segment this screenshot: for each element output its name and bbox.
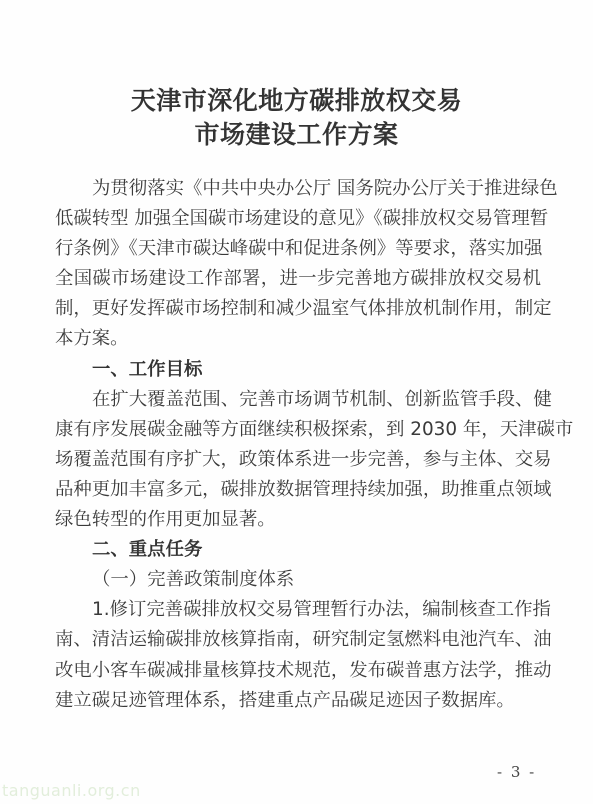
paragraph-line: 场覆盖范围有序扩大，政策体系进一步完善，参与主体、交易 [55, 445, 541, 475]
section-key-tasks: 二、重点任务 （一）完善政策制度体系 1.修订完善碳排放权交易管理暂行办法，编制… [55, 535, 541, 716]
section-heading: 一、工作目标 [55, 355, 541, 385]
paragraph-line: 全国碳市场建设工作部署，进一步完善地方碳排放权交易机 [55, 264, 541, 294]
document-page: 天津市深化地方碳排放权交易 市场建设工作方案 为贯彻落实《中共中央办公厅 国务院… [0, 0, 593, 804]
document-title-line-1: 天津市深化地方碳排放权交易 [0, 81, 593, 117]
paragraph-line: 行条例》《天津市碳达峰碳中和促进条例》等要求，落实加强 [55, 234, 541, 264]
section-work-goals: 一、工作目标 在扩大覆盖范围、完善市场调节机制、创新监管手段、健 康有序发展碳金… [55, 355, 541, 536]
paragraph-line: 康有序发展碳金融等方面继续积极探索，到 2030 年，天津碳市 [55, 415, 541, 445]
paragraph-line: 低碳转型 加强全国碳市场建设的意见》《碳排放权交易管理暂 [55, 204, 541, 234]
section-heading: 二、重点任务 [55, 535, 541, 565]
paragraph-line: 为贯彻落实《中共中央办公厅 国务院办公厅关于推进绿色 [55, 174, 541, 204]
page-number: - 3 - [497, 763, 536, 781]
intro-paragraph: 为贯彻落实《中共中央办公厅 国务院办公厅关于推进绿色 低碳转型 加强全国碳市场建… [55, 174, 541, 355]
watermark: tanguanli.org.cn [2, 781, 141, 800]
document-title-line-2: 市场建设工作方案 [0, 115, 593, 151]
paragraph-line: 改电小客车碳减排量核算技术规范，发布碳普惠方法学，推动 [55, 656, 541, 686]
paragraph-line: 绿色转型的作用更加显著。 [55, 505, 541, 535]
paragraph-line: 1.修订完善碳排放权交易管理暂行办法，编制核查工作指 [55, 595, 541, 625]
paragraph-line: 本方案。 [55, 324, 541, 354]
paragraph-line: 制，更好发挥碳市场控制和减少温室气体排放机制作用，制定 [55, 294, 541, 324]
document-body: 为贯彻落实《中共中央办公厅 国务院办公厅关于推进绿色 低碳转型 加强全国碳市场建… [55, 174, 541, 716]
subsection-heading: （一）完善政策制度体系 [55, 565, 541, 595]
paragraph-line: 在扩大覆盖范围、完善市场调节机制、创新监管手段、健 [55, 385, 541, 415]
paragraph-line: 南、清洁运输碳排放核算指南，研究制定氢燃料电池汽车、油 [55, 625, 541, 655]
paragraph-line: 建立碳足迹管理体系，搭建重点产品碳足迹因子数据库。 [55, 686, 541, 716]
paragraph-line: 品种更加丰富多元，碳排放数据管理持续加强，助推重点领域 [55, 475, 541, 505]
